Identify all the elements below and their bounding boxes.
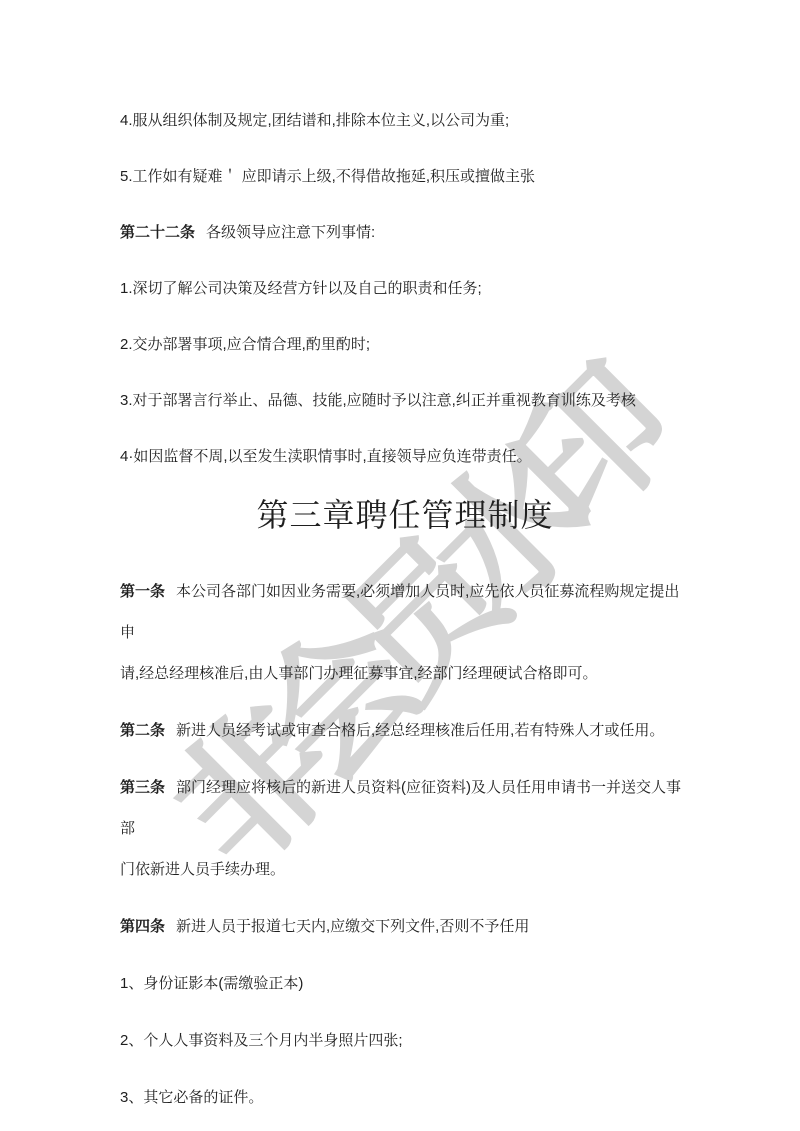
chapter-title: 第三章聘任管理制度 [120, 492, 690, 538]
document-page: 非会员水印 4.服从组织体制及规定,团结谱和,排除本位主义,以公司为重; 5.工… [0, 0, 800, 1131]
list-item: 2.交办部署事项,应合情合理,酌里酌时; [120, 324, 690, 365]
list-item: 3.对于部署言行举止、品德、技能,应随时予以注意,纠正并重视教育训练及考核 [120, 380, 690, 421]
article-3: 第三条部门经理应将核后的新进人员资料(应征资料)及人员任用申请书一并送交人事部 … [120, 767, 690, 890]
article-label: 第一条 [120, 583, 165, 600]
list-item: 1.深切了解公司决策及经营方针以及自己的职责和任务; [120, 268, 690, 309]
article-text-line: 新进人员于报道七天内,应缴交下列文件,否则不予任用 [176, 918, 529, 935]
list-item: 4·如因监督不周,以至发生渎职情事时,直接领导应负连带责任。 [120, 436, 690, 477]
article-text-line: 新进人员经考试或审查合格后,经总经理核准后任用,若有特殊人才或任用。 [176, 722, 664, 739]
article-label: 第四条 [120, 918, 165, 935]
article-text-line: 本公司各部门如因业务需要,必须增加人员时,应先依人员征募流程购规定提出申 [120, 583, 679, 641]
article-text: 各级领导应注意下列事情: [206, 224, 375, 241]
article-text-line: 门依新进人员手续办理。 [120, 861, 285, 878]
list-item: 5.工作如有疑难＇ 应即请示上级,不得借故拖延,积压或擅做主张 [120, 156, 690, 197]
article-text-line: 请,经总经理核准后,由人事部门办理征募事宜,经部门经理硬试合格即可。 [120, 665, 598, 682]
article-1: 第一条本公司各部门如因业务需要,必须增加人员时,应先依人员征募流程购规定提出申 … [120, 571, 690, 694]
article-label: 第三条 [120, 779, 165, 796]
article-text-line: 部门经理应将核后的新进人员资料(应征资料)及人员任用申请书一并送交人事部 [120, 779, 681, 837]
list-item: 1、身份证影本(需缴验正本) [120, 963, 690, 1004]
list-item: 4.服从组织体制及规定,团结谱和,排除本位主义,以公司为重; [120, 100, 690, 141]
document-content: 4.服从组织体制及规定,团结谱和,排除本位主义,以公司为重; 5.工作如有疑难＇… [0, 0, 800, 1118]
article-2: 第二条新进人员经考试或审查合格后,经总经理核准后任用,若有特殊人才或任用。 [120, 710, 690, 751]
article-label: 第二条 [120, 722, 165, 739]
article-4: 第四条新进人员于报道七天内,应缴交下列文件,否则不予任用 [120, 906, 690, 947]
article-label: 第二十二条 [120, 224, 195, 241]
list-item: 3、其它必备的证件。 [120, 1077, 690, 1118]
article-22: 第二十二条各级领导应注意下列事情: [120, 212, 690, 253]
list-item: 2、个人人事资料及三个月内半身照片四张; [120, 1020, 690, 1061]
